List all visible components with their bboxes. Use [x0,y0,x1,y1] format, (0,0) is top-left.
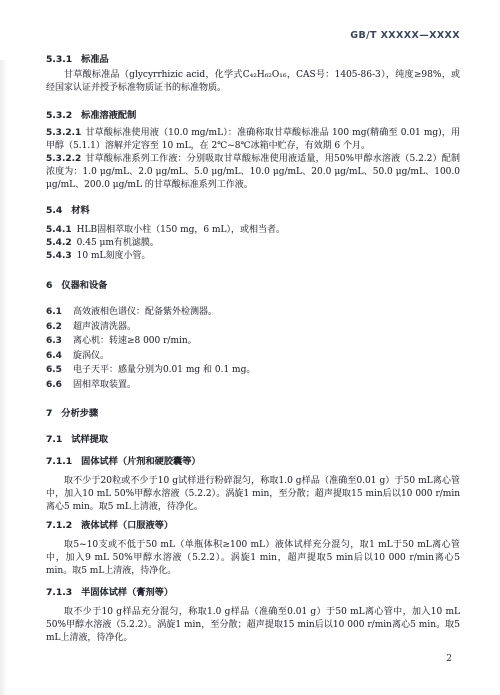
heading-7-1-1-title: 固体试样（片剂和硬胶囊等） [81,456,200,467]
heading-7: 7分析步骤 [46,408,460,420]
heading-7-title: 分析步骤 [61,408,98,419]
heading-5-3-1-title: 标准品 [81,54,109,65]
heading-7-1-1-number: 7.1.1 [46,456,72,467]
clause-6-1-text: 高效液相色谱仪：配备紫外检测器。 [73,307,217,317]
heading-7-1-number: 7.1 [46,434,62,445]
clause-5-4-3-text: 10 mL刻度小管。 [77,251,151,261]
clause-5-3-2-2-text: 甘草酸标准系列工作液：分别吸取甘草酸标准使用液适量，用50%甲醇水溶液（5.2.… [46,154,460,190]
document-code-header: GB/T XXXXX—XXXX [46,30,460,41]
heading-5-3-1-number: 5.3.1 [46,54,72,65]
clause-6-1-number: 6.1 [46,307,62,317]
heading-5-3-1: 5.3.1标准品 [46,54,460,66]
heading-7-1-3-number: 7.1.3 [46,587,72,598]
clause-6-4-text: 旋涡仪。 [73,351,109,361]
heading-7-1-2-number: 7.1.2 [46,520,72,531]
clause-5-4-2-number: 5.4.2 [46,238,72,248]
standard-document-page: GB/T XXXXX—XXXX 5.3.1标准品 甘草酸标准品（glycyrrh… [0,0,500,695]
heading-7-1-2-title: 液体试样（口服液等） [81,520,173,531]
heading-6-number: 6 [46,280,52,291]
clause-6-3-number: 6.3 [46,336,62,346]
heading-5-3-2-number: 5.3.2 [46,110,72,121]
clause-6-2: 6.2超声波清洗器。 [46,320,460,335]
clause-6-1: 6.1高效液相色谱仪：配备紫外检测器。 [46,305,460,320]
heading-7-number: 7 [46,408,52,419]
clause-6-3-text: 离心机：转速≥8 000 r/min。 [73,336,197,346]
clause-6-5-number: 6.5 [46,365,62,375]
heading-7-1-title: 试样提取 [71,434,108,445]
clause-6-4-number: 6.4 [46,351,62,361]
clause-6-2-number: 6.2 [46,322,62,332]
clause-6-2-text: 超声波清洗器。 [73,322,136,332]
paragraph-5-3-1: 甘草酸标准品（glycyrrhizic acid，化学式C₄₂H₆₂O₁₆，CA… [46,69,460,95]
paragraph-7-1-2: 取5~10支或不低于50 mL（单瓶体积≥100 mL）液体试样充分混匀，取1 … [46,539,460,578]
page-number: 2 [446,654,452,665]
clause-5-4-1: 5.4.1HLB固相萃取小柱（150 mg，6 mL），或相当者。 [46,224,460,237]
heading-7-1: 7.1试样提取 [46,434,460,446]
heading-6-title: 仪器和设备 [61,280,107,291]
clause-6-4: 6.4旋涡仪。 [46,349,460,364]
clause-6-6: 6.6固相萃取装置。 [46,378,460,393]
clause-5-3-2-1: 5.3.2.1甘草酸标准使用液（10.0 mg/mL）：准确称取甘草酸标准品 1… [46,127,460,153]
clause-5-4-3-number: 5.4.3 [46,251,72,261]
clause-5-3-2-2: 5.3.2.2甘草酸标准系列工作液：分别吸取甘草酸标准使用液适量，用50%甲醇水… [46,153,460,192]
heading-5-4-title: 材料 [71,205,89,216]
clause-5-3-2-1-number: 5.3.2.1 [46,128,81,138]
clause-5-4-1-number: 5.4.1 [46,225,72,235]
heading-6: 6仪器和设备 [46,280,460,292]
heading-7-1-1: 7.1.1固体试样（片剂和硬胶囊等） [46,456,460,468]
paragraph-7-1-3: 取不少于10 g样品充分混匀，称取1.0 g样品（准确至0.01 g）于50 m… [46,606,460,645]
clause-5-4-2: 5.4.20.45 μm有机滤膜。 [46,237,460,250]
clause-6-6-text: 固相萃取装置。 [73,380,136,390]
clause-6-6-number: 6.6 [46,380,62,390]
clause-5-4-1-text: HLB固相萃取小柱（150 mg，6 mL），或相当者。 [77,225,285,235]
clause-list-6: 6.1高效液相色谱仪：配备紫外检测器。 6.2超声波清洗器。 6.3离心机：转速… [46,305,460,393]
heading-5-4: 5.4材料 [46,205,460,217]
heading-5-3-2-title: 标准溶液配制 [81,110,136,121]
page-content: GB/T XXXXX—XXXX 5.3.1标准品 甘草酸标准品（glycyrrh… [46,30,460,645]
heading-7-1-3: 7.1.3半固体试样（膏剂等） [46,587,460,599]
heading-7-1-2: 7.1.2液体试样（口服液等） [46,520,460,532]
clause-list-5-4: 5.4.1HLB固相萃取小柱（150 mg，6 mL），或相当者。 5.4.20… [46,224,460,263]
clause-5-3-2-1-text: 甘草酸标准使用液（10.0 mg/mL）：准确称取甘草酸标准品 100 mg(精… [46,128,460,151]
clause-5-3-2-2-number: 5.3.2.2 [46,154,81,164]
heading-5-3-2: 5.3.2标准溶液配制 [46,110,460,122]
clause-list-5-3-2: 5.3.2.1甘草酸标准使用液（10.0 mg/mL）：准确称取甘草酸标准品 1… [46,127,460,192]
heading-7-1-3-title: 半固体试样（膏剂等） [81,587,173,598]
scan-edge-shadow [0,60,8,695]
clause-5-4-3: 5.4.310 mL刻度小管。 [46,250,460,263]
paragraph-7-1-1: 取不少于20粒或不少于10 g试样进行粉碎混匀，称取1.0 g样品（准确至0.0… [46,475,460,514]
heading-5-4-number: 5.4 [46,205,62,216]
clause-6-3: 6.3离心机：转速≥8 000 r/min。 [46,334,460,349]
clause-6-5: 6.5电子天平：感量分别为0.01 mg 和 0.1 mg。 [46,363,460,378]
clause-5-4-2-text: 0.45 μm有机滤膜。 [77,238,159,248]
clause-6-5-text: 电子天平：感量分别为0.01 mg 和 0.1 mg。 [73,365,255,375]
